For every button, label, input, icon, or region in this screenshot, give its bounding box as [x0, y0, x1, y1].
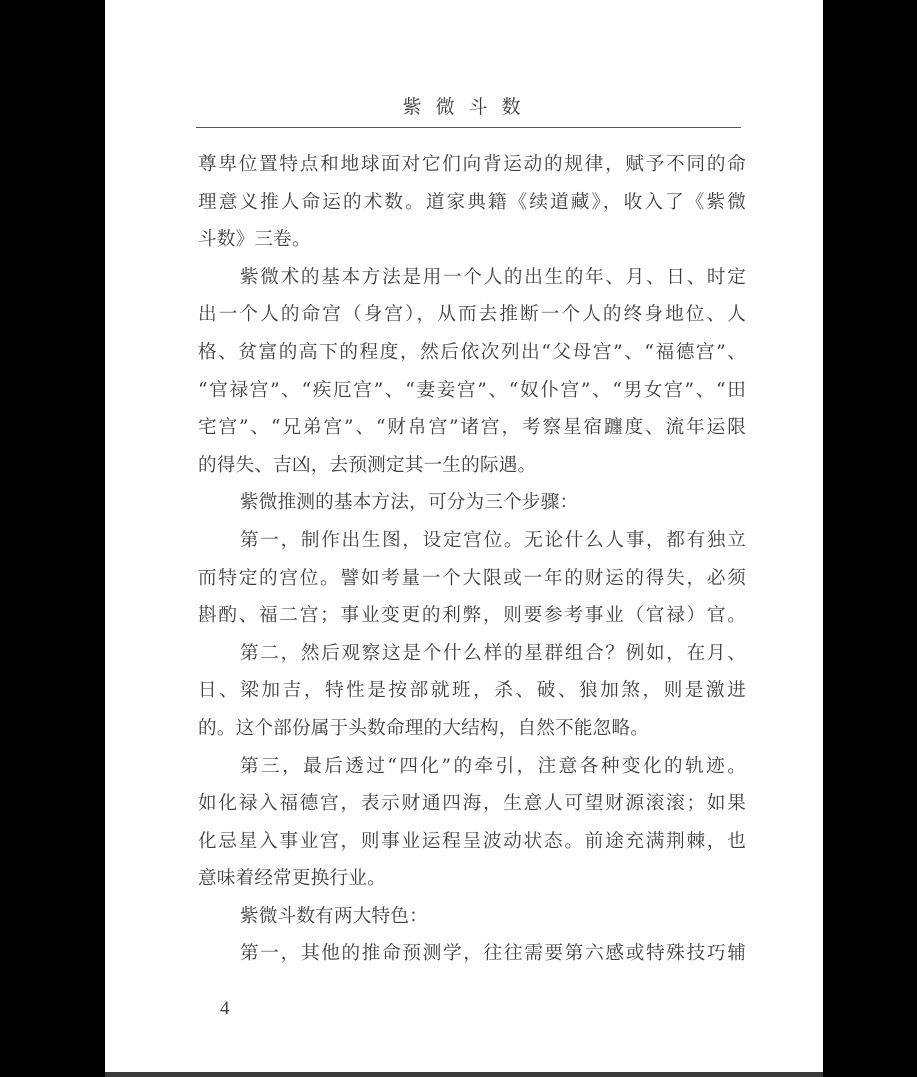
- book-page: 紫微斗数 尊卑位置特点和地球面对它们向背运动的规律，赋予不同的命理意义推人命运的…: [105, 0, 823, 1072]
- text-line: 第一，制作出生图，设定宫位。无论什么人事，都有独立: [198, 522, 746, 560]
- text-line: 理意义推人命运的术数。道家典籍《续道藏》，收入了《紫微: [198, 184, 746, 222]
- text-line: 的。这个部份属于头数命理的大结构，自然不能忽略。: [198, 710, 746, 748]
- text-line: 日、梁加吉，特性是按部就班，杀、破、狼加煞，则是激进: [198, 672, 746, 710]
- header-rule: [196, 127, 741, 128]
- text-line: 斟酌、福二宫；事业变更的利弊，则要参考事业（官禄）官。: [198, 597, 746, 635]
- text-line: 紫微推测的基本方法，可分为三个步骤：: [198, 484, 746, 522]
- text-line: 第二，然后观察这是个什么样的星群组合？例如，在月、: [198, 635, 746, 673]
- text-line: 化忌星入事业宫，则事业运程呈波动状态。前途充满荆棘，也: [198, 823, 746, 861]
- body-text: 尊卑位置特点和地球面对它们向背运动的规律，赋予不同的命理意义推人命运的术数。道家…: [198, 146, 746, 973]
- text-line: 宅宫”、“兄弟宫”、“财帛宫”诸宫，考察星宿躔度、流年运限: [198, 409, 746, 447]
- text-line: 紫微斗数有两大特色：: [198, 898, 746, 936]
- text-line: 斗数》三卷。: [198, 221, 746, 259]
- text-line: 紫微术的基本方法是用一个人的出生的年、月、日、时定: [198, 259, 746, 297]
- text-line: 格、贫富的高下的程度，然后依次列出“父母宫”、“福德宫”、: [198, 334, 746, 372]
- text-line: “官禄宫”、“疾厄宫”、“妻妾宫”、“奴仆宫”、“男女宫”、“田: [198, 372, 746, 410]
- text-line: 第三，最后透过“四化”的牵引，注意各种变化的轨迹。: [198, 748, 746, 786]
- text-line: 而特定的宫位。譬如考量一个大限或一年的财运的得失，必须: [198, 560, 746, 598]
- text-line: 如化禄入福德宫，表示财通四海，生意人可望财源滚滚；如果: [198, 785, 746, 823]
- text-line: 的得失、吉凶，去预测定其一生的际遇。: [198, 447, 746, 485]
- text-line: 出一个人的命宫（身宫），从而去推断一个人的终身地位、人: [198, 296, 746, 334]
- document-viewer: 紫微斗数 尊卑位置特点和地球面对它们向背运动的规律，赋予不同的命理意义推人命运的…: [0, 0, 917, 1077]
- text-line: 第一，其他的推命预测学，往往需要第六感或特殊技巧辅: [198, 935, 746, 973]
- text-line: 尊卑位置特点和地球面对它们向背运动的规律，赋予不同的命: [198, 146, 746, 184]
- page-number: 4: [220, 998, 230, 1020]
- text-line: 意味着经常更换行业。: [198, 860, 746, 898]
- running-head: 紫微斗数: [196, 94, 741, 120]
- page-bottom-edge: [105, 1072, 823, 1077]
